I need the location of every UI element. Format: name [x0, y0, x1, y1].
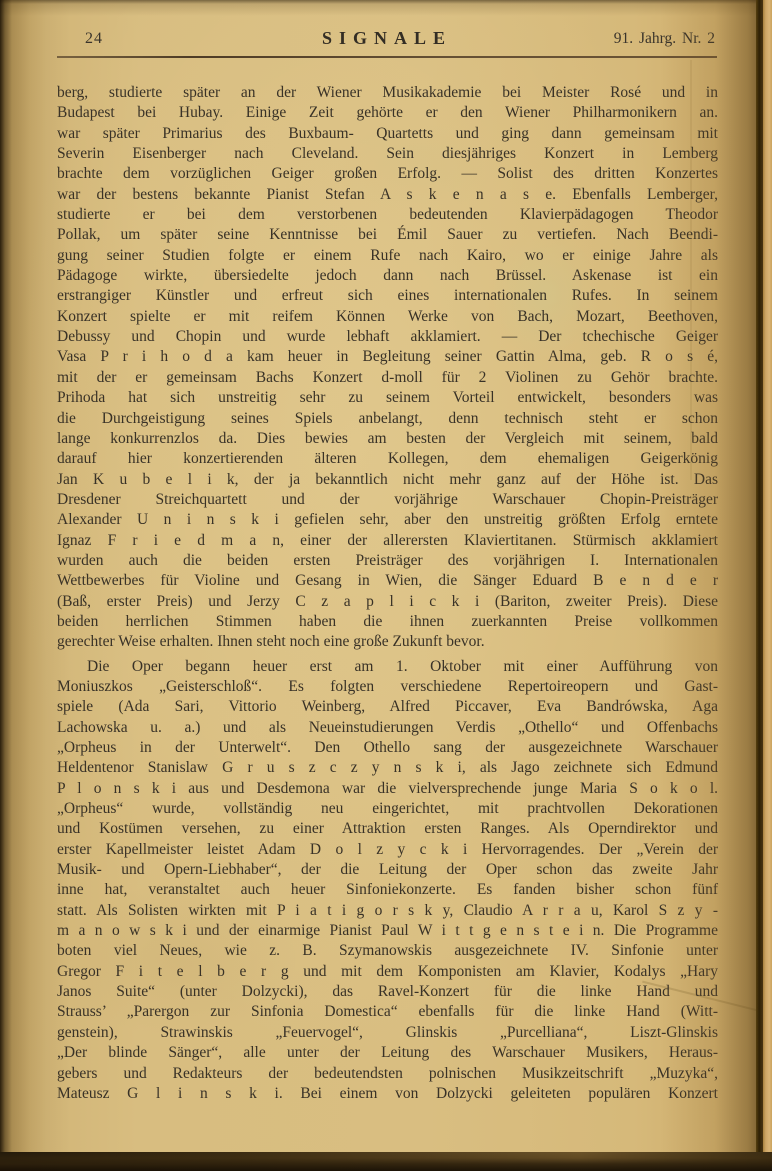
text-line: Debussy und Chopin und wurde lebhaft akk… — [57, 327, 718, 347]
scanned-journal-page: 24 SIGNALE 91. Jahrg. Nr. 2 berg, studie… — [0, 0, 772, 1171]
text-line: „Orpheus in der Unterwelt“. Den Othello … — [57, 738, 718, 758]
text-line: Konzert spielte er mit reifem Können Wer… — [57, 307, 718, 327]
text-line: erstrangiger Künstler und erfreut sich e… — [57, 286, 718, 306]
text-line: Moniuszkos „Geisterschloß“. Es folgten v… — [57, 677, 718, 697]
text-line: darauf hier konzertierenden älteren Koll… — [57, 449, 718, 469]
text-line: brachte dem vorzüglichen Geiger großen E… — [57, 164, 718, 184]
text-line: Pollak, um später seine Kenntnisse bei É… — [57, 225, 718, 245]
text-line: gung seiner Studien folgte er einem Rufe… — [57, 246, 718, 266]
text-line: genstein), Strawinskis „Feuervogel“, Gli… — [57, 1023, 718, 1043]
paragraph: Die Oper begann heuer erst am 1. Oktober… — [57, 657, 718, 1105]
text-line: erster Kapellmeister leistet Adam D o l … — [57, 840, 718, 860]
text-line: mit der er gemeinsam Bachs Konzert d-mol… — [57, 368, 718, 388]
text-line: P l o n s k i aus und Desdemona war die … — [57, 779, 718, 799]
text-line: Severin Eisenberger nach Cleveland. Sein… — [57, 144, 718, 164]
text-line: spiele (Ada Sari, Vittorio Weinberg, Alf… — [57, 697, 718, 717]
issue-label: 91. Jahrg. Nr. 2 — [614, 30, 715, 48]
text-line: gebers und Redakteurs der bedeutendsten … — [57, 1064, 718, 1084]
text-line: Gregor F i t e l b e r g und mit dem Kom… — [57, 962, 718, 982]
header-rule — [57, 56, 717, 58]
body-text: berg, studierte später an der Wiener Mus… — [57, 83, 718, 1104]
text-line: studierte er bei dem verstorbenen bedeut… — [57, 205, 718, 225]
text-line: Pädagoge wirkte, übersiedelte jedoch dan… — [57, 266, 718, 286]
text-line: Janos Suite“ (unter Dolzycki), das Ravel… — [57, 982, 718, 1002]
text-line: und Kostümen versehen, zu einer Attrakti… — [57, 819, 718, 839]
text-line: Heldentenor Stanislaw G r u s z c z y n … — [57, 758, 718, 778]
text-line: berg, studierte später an der Wiener Mus… — [57, 83, 718, 103]
text-line: Strauss’ „Parergon zur Sinfonia Domestic… — [57, 1002, 718, 1022]
text-line: Prihoda hat sich unstreitig sehr zu sein… — [57, 388, 718, 408]
text-line: Vasa P r i h o d a kam heuer in Begleitu… — [57, 347, 718, 367]
text-line: Mateusz G l i n s k i. Bei einem von Dol… — [57, 1084, 718, 1104]
text-line: Alexander U n i n s k i gefielen sehr, a… — [57, 510, 718, 530]
text-line: Jan K u b e l i k, der ja bekanntlich ni… — [57, 470, 718, 490]
text-line: Musik- und Opern-Liebhaber“, der die Lei… — [57, 860, 718, 880]
text-line: Ignaz F r i e d m a n, einer der allerer… — [57, 531, 718, 551]
text-line: Dresdener Streichquartett und der vorjäh… — [57, 490, 718, 510]
binding-gutter-line — [756, 0, 763, 1171]
paragraph: berg, studierte später an der Wiener Mus… — [57, 83, 718, 653]
text-line: gerechter Weise erhalten. Ihnen steht no… — [57, 632, 718, 652]
page-top-edge — [0, 0, 772, 16]
text-line: Lachowska u. a.) und als Neueinstudierun… — [57, 718, 718, 738]
next-page-edge — [763, 0, 772, 1171]
text-line: wurden auch die beiden ersten Preisträge… — [57, 551, 718, 571]
text-line: „Orpheus“ wurde, vollständig neu eingeri… — [57, 799, 718, 819]
text-line: beiden herrlichen Stimmen haben die ihne… — [57, 612, 718, 632]
text-line: Wettbewerbes für Violine und Gesang in W… — [57, 571, 718, 591]
text-line: war später Primarius des Buxbaum- Quarte… — [57, 124, 718, 144]
text-line: inne hat, veranstaltet auch heuer Sinfon… — [57, 880, 718, 900]
text-line: die Durchgeistigung seines Spiels anbela… — [57, 409, 718, 429]
text-line: Die Oper begann heuer erst am 1. Oktober… — [57, 657, 718, 677]
text-line: boten viel Neues, wie z. B. Szymanowskis… — [57, 941, 718, 961]
text-line: „Der blinde Sänger“, alle unter der Leit… — [57, 1043, 718, 1063]
page-header: 24 SIGNALE 91. Jahrg. Nr. 2 — [57, 27, 717, 53]
text-line: statt. Als Solisten wirkten mit P i a t … — [57, 901, 718, 921]
text-line: lange konkurrenzlos da. Dies bewies am b… — [57, 429, 718, 449]
text-line: Budapest bei Hubay. Einige Zeit gehörte … — [57, 103, 718, 123]
text-line: m a n o w s k i und der einarmige Pianis… — [57, 921, 718, 941]
text-line: war der bestens bekannte Pianist Stefan … — [57, 185, 718, 205]
page-bottom-edge — [0, 1152, 772, 1171]
text-line: (Baß, erster Preis) und Jerzy C z a p l … — [57, 592, 718, 612]
